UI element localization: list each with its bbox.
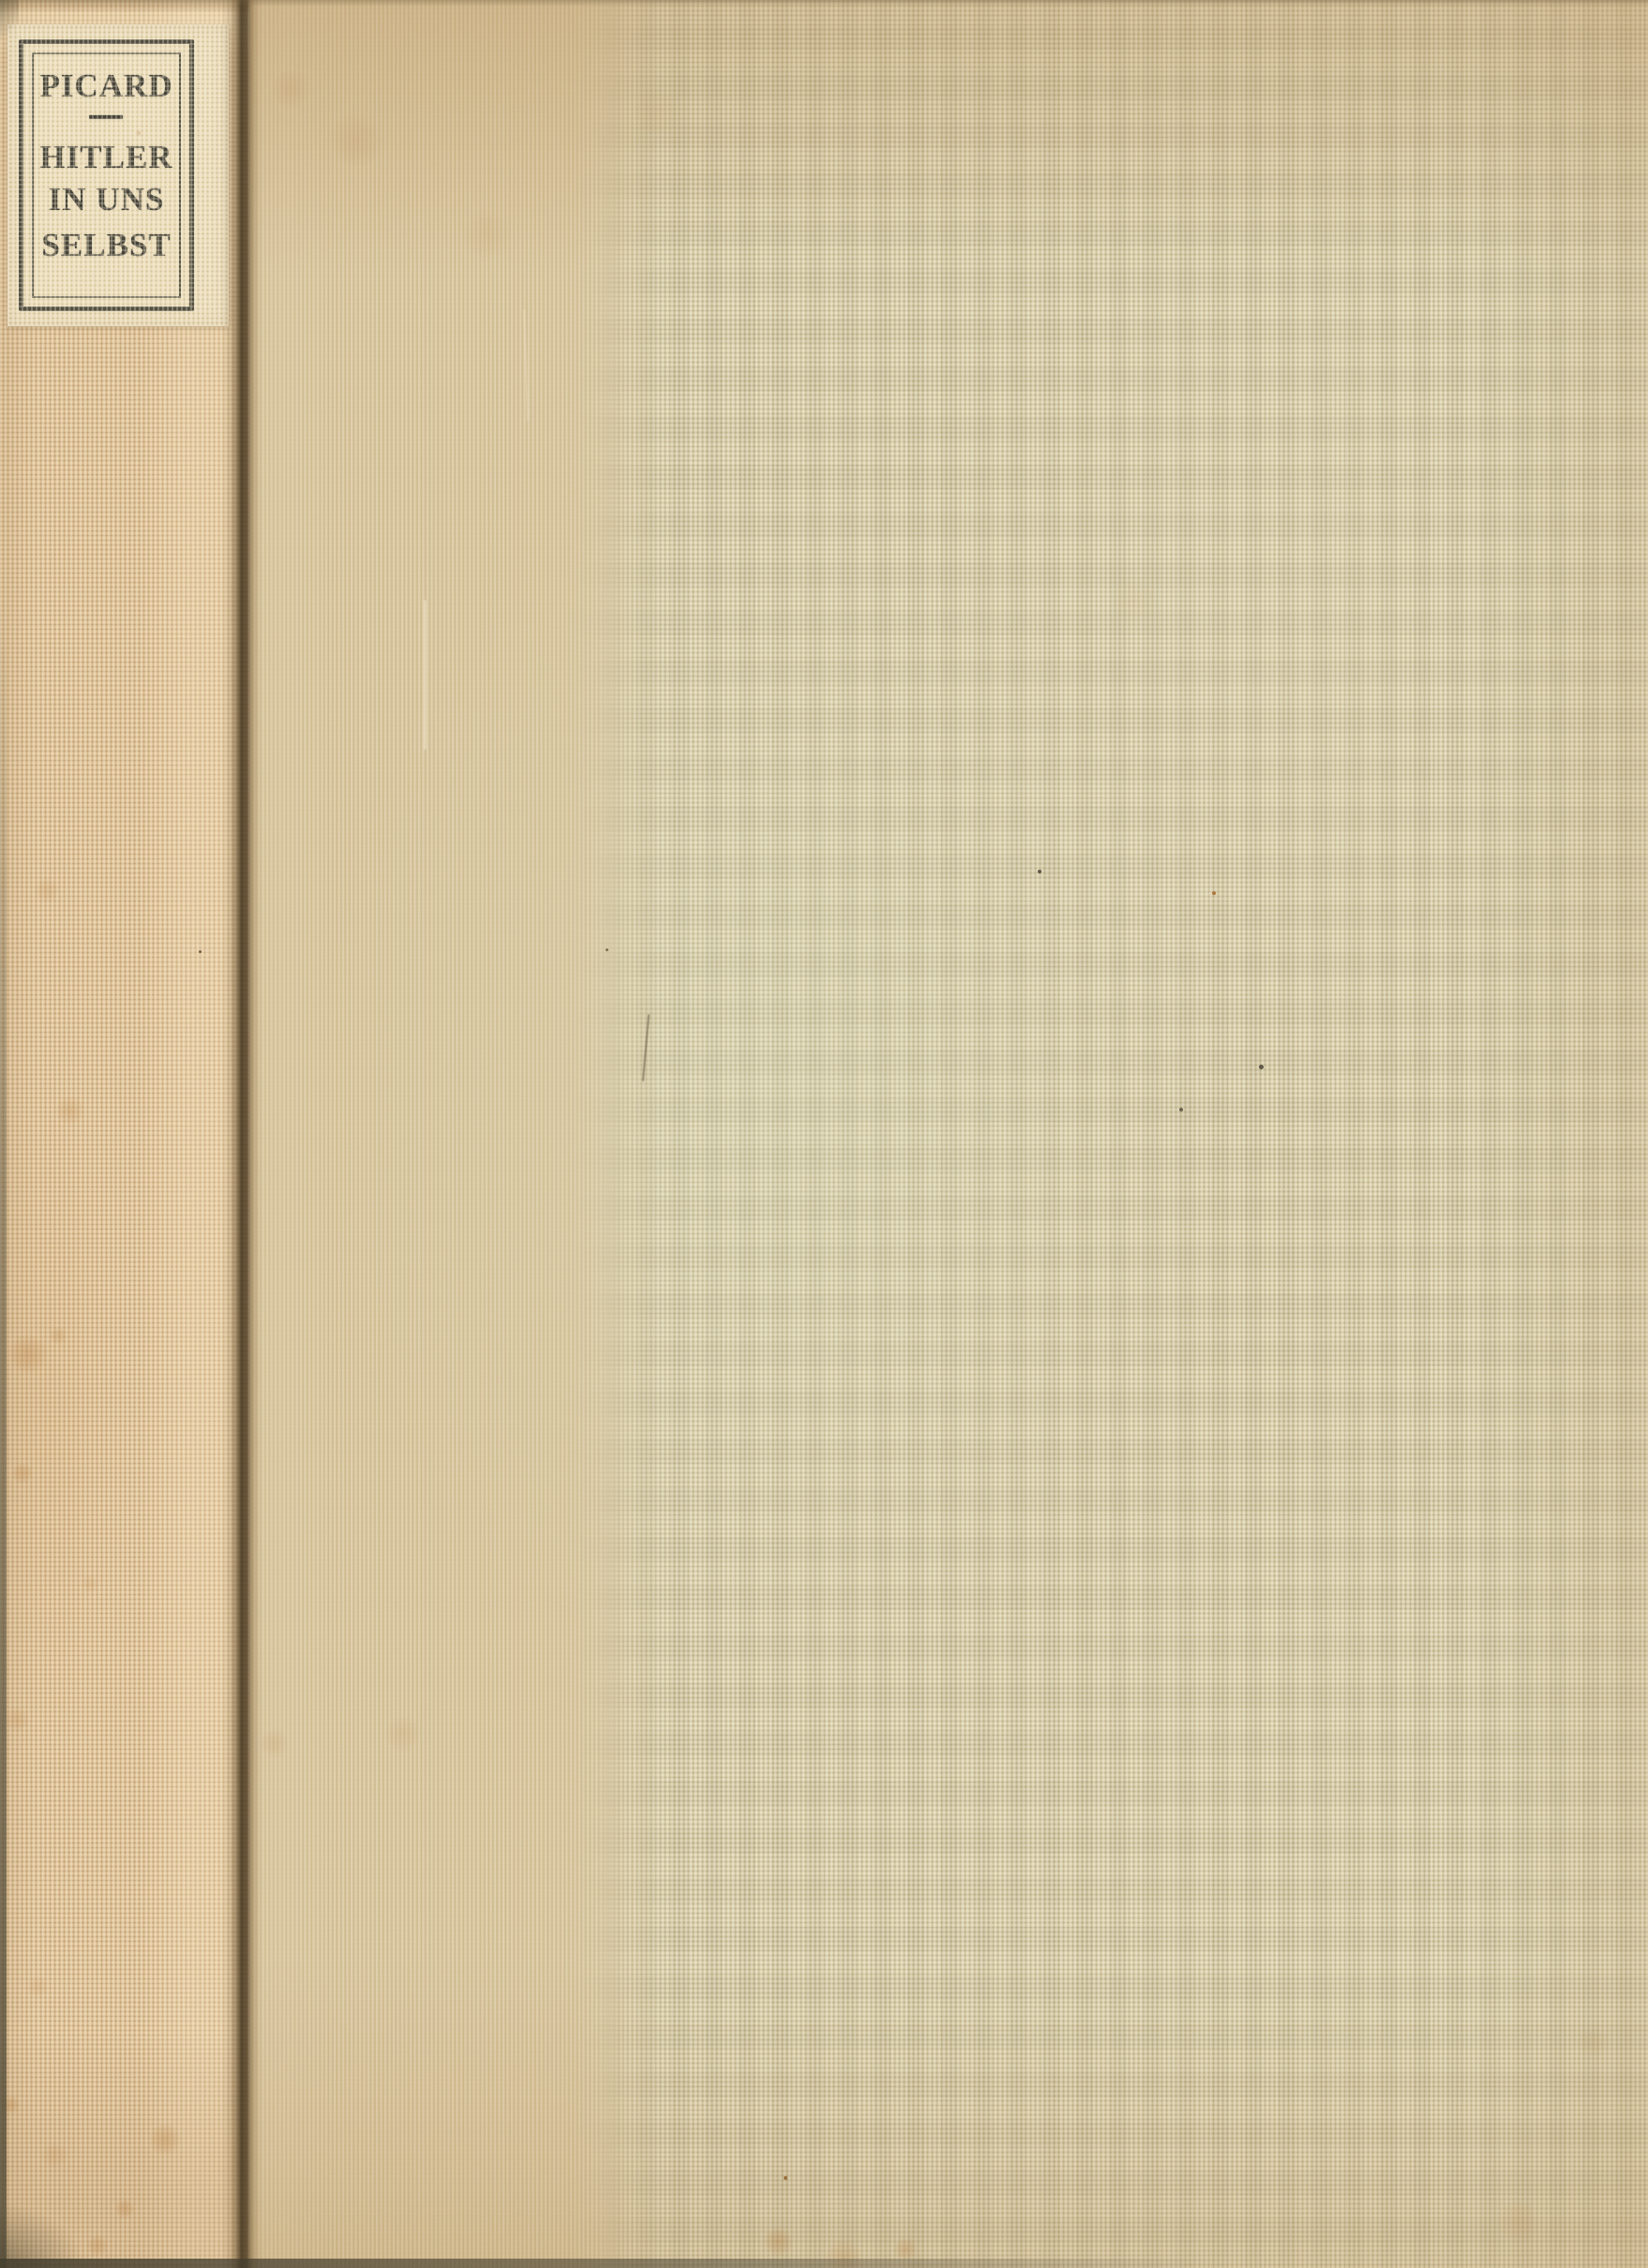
foxing-stain: [11, 1462, 34, 1485]
top-left-corner-shadow: [0, 0, 19, 43]
foxing-stain: [49, 1326, 67, 1345]
foxing-stain: [1577, 2026, 1611, 2060]
bottom-left-corner-shadow: [0, 2202, 84, 2268]
foxing-stain: [461, 208, 514, 261]
cloth-speck: [784, 2176, 787, 2180]
foxing-stain: [114, 2199, 135, 2219]
cloth-scratch-line: [642, 1014, 650, 1082]
bottom-board-edge: [0, 2259, 1219, 2268]
foxing-stain: [86, 2234, 109, 2257]
foxing-stain: [34, 877, 60, 903]
foxing-stain: [136, 130, 142, 136]
foxing-stain: [148, 2123, 182, 2156]
foxing-stain: [26, 1976, 49, 1998]
foxing-stain: [259, 1728, 289, 1758]
foxing-stain: [632, 88, 681, 137]
foxing-stain: [270, 68, 311, 110]
foxing-stain: [763, 2227, 793, 2257]
cloth-scratch-line: [523, 309, 529, 422]
foxing-stain: [1110, 575, 1159, 624]
left-board-edge: [0, 600, 7, 2268]
foxing-stain: [384, 1715, 422, 1753]
cloth-speck: [1212, 891, 1216, 895]
cloth-speck: [1179, 1108, 1183, 1112]
foxing-stain: [4, 1707, 30, 1733]
top-edge-shadow: [0, 0, 1648, 7]
foxing-stain: [7, 1334, 49, 1375]
cloth-scratch-line: [424, 600, 427, 750]
cloth-speck: [606, 948, 608, 951]
foxing-stain: [55, 1096, 85, 1126]
cloth-speck: [1259, 1065, 1264, 1069]
cloth-speck: [199, 950, 202, 953]
foxing-stain: [328, 112, 384, 169]
texture-marks-layer: [0, 0, 1648, 2268]
foxing-stain: [81, 1574, 99, 1593]
foxing-stain: [40, 2141, 68, 2170]
book-cover-photo: PICARD — HITLER IN UNS SELBST: [0, 0, 1648, 2268]
cloth-speck: [1038, 870, 1041, 873]
foxing-stain: [1496, 2199, 1541, 2244]
